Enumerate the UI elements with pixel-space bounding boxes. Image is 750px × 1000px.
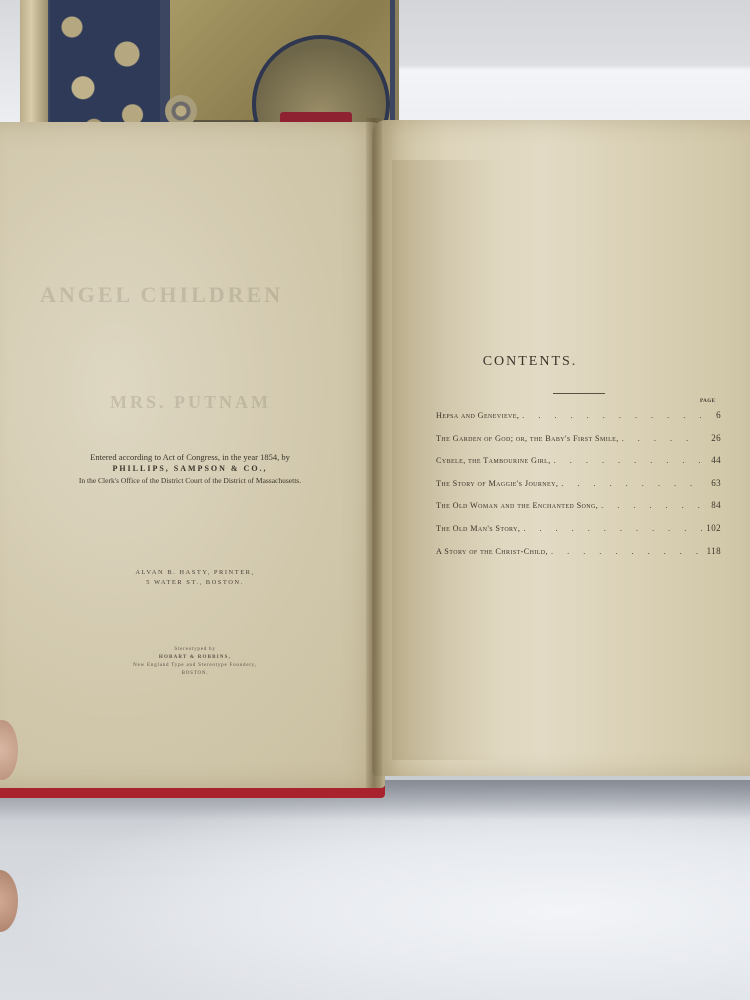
leader-dots: . . . . . . . . . . . . . . . . . . . . … — [554, 456, 702, 465]
entry-page: 102 — [705, 523, 721, 533]
entry-page: 84 — [705, 500, 721, 510]
entry-page: 63 — [705, 478, 721, 488]
book-spine — [20, 0, 48, 135]
leader-dots: . . . . . . . . . . . . . . . . . . . . … — [551, 547, 702, 556]
contents-entry: The Story of Maggie's Journey, . . . . .… — [436, 478, 721, 501]
floral-pattern — [50, 0, 160, 135]
stereotyper-line-2: HOBART & ROBBINS, — [80, 654, 310, 662]
copyright-line-1: Entered according to Act of Congress, in… — [20, 452, 360, 462]
contents-entry: Hepsa and Genevieve, . . . . . . . . . .… — [436, 410, 721, 433]
publisher-name: PHILLIPS, SAMPSON & CO., — [20, 464, 360, 473]
leader-dots: . . . . . . . . . . . . . . . . . . . . … — [522, 411, 702, 420]
contents-entry: The Old Woman and the Enchanted Song, . … — [436, 500, 721, 523]
entry-page: 26 — [705, 433, 721, 443]
left-page: ANGEL CHILDREN MRS. PUTNAM Entered accor… — [0, 122, 385, 788]
page-column-label: PAGE — [700, 399, 716, 404]
printer-line-2: 5 WATER ST., BOSTON. — [80, 579, 310, 586]
show-through-title: ANGEL CHILDREN — [40, 282, 283, 308]
entry-title: Cybele, the Tambourine Girl, — [436, 456, 551, 465]
book-gutter — [366, 118, 382, 788]
entry-title: Hepsa and Genevieve, — [436, 411, 519, 420]
printer-imprint: ALVAN B. HASTY, PRINTER, 5 WATER ST., BO… — [80, 569, 310, 586]
entry-title: The Old Woman and the Enchanted Song, — [436, 501, 598, 510]
leader-dots: . . . . . . . . . . . . . . . . . . . . … — [601, 501, 702, 510]
contents-heading: CONTENTS. — [420, 354, 640, 370]
contents-list: Hepsa and Genevieve, . . . . . . . . . .… — [436, 410, 721, 568]
stereotyper-line-1: Stereotyped by — [80, 646, 310, 654]
stereotyper-imprint: Stereotyped by HOBART & ROBBINS, New Eng… — [80, 646, 310, 678]
contents-entry: A Story of the Christ-Child, . . . . . .… — [436, 546, 721, 569]
leader-dots: . . . . . . . . . . . . . . . . . . . . … — [622, 434, 702, 443]
contents-entry: The Garden of God; or, the Baby's First … — [436, 433, 721, 456]
entry-title: The Garden of God; or, the Baby's First … — [436, 434, 619, 443]
printer-line-1: ALVAN B. HASTY, PRINTER, — [80, 569, 310, 576]
stereotyper-line-3: New England Type and Stereotype Foundery… — [80, 662, 310, 670]
entry-title: A Story of the Christ-Child, — [436, 547, 548, 556]
cloth-fold — [395, 0, 750, 135]
contents-entry: The Old Man's Story, . . . . . . . . . .… — [436, 523, 721, 546]
show-through-author: MRS. PUTNAM — [110, 392, 271, 413]
entry-title: The Story of Maggie's Journey, — [436, 479, 558, 488]
stereotyper-line-4: BOSTON. — [80, 670, 310, 678]
entry-page: 6 — [705, 410, 721, 420]
copyright-notice: Entered according to Act of Congress, in… — [20, 452, 360, 485]
heading-rule — [553, 393, 605, 394]
leader-dots: . . . . . . . . . . . . . . . . . . . . … — [523, 524, 702, 533]
entry-title: The Old Man's Story, — [436, 524, 520, 533]
copyright-line-3: In the Clerk's Office of the District Co… — [20, 476, 360, 485]
entry-page: 118 — [705, 546, 721, 556]
contents-entry: Cybele, the Tambourine Girl, . . . . . .… — [436, 455, 721, 478]
entry-page: 44 — [705, 455, 721, 465]
leader-dots: . . . . . . . . . . . . . . . . . . . . … — [561, 479, 702, 488]
